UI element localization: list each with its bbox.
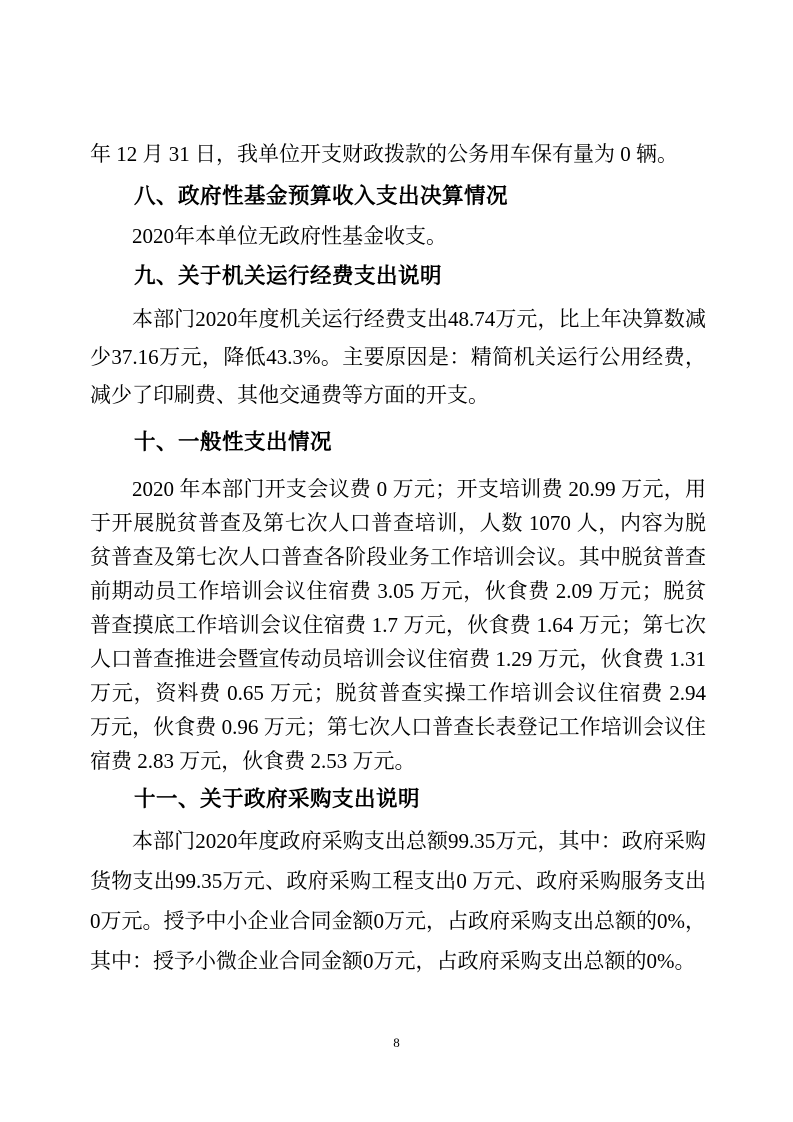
section-heading-11: 十一、关于政府采购支出说明 (90, 785, 706, 813)
section-body-10: 2020 年本部门开支会议费 0 万元；开支培训费 20.99 万元，用于开展脱… (90, 472, 706, 778)
document-page: 年 12 月 31 日，我单位开支财政拨款的公务用车保有量为 0 辆。 八、政府… (0, 0, 793, 1122)
section-heading-9: 九、关于机关运行经费支出说明 (90, 262, 706, 290)
section-body-9: 本部门2020年度机关运行经费支出48.74万元，比上年决算数减少37.16万元… (90, 300, 706, 414)
page-number: 8 (0, 1033, 793, 1053)
section-body-8: 2020年本单位无政府性基金收支。 (90, 222, 706, 250)
section-heading-10: 十、一般性支出情况 (90, 428, 706, 456)
paragraph-continuation: 年 12 月 31 日，我单位开支财政拨款的公务用车保有量为 0 辆。 (90, 140, 706, 168)
page-content: 年 12 月 31 日，我单位开支财政拨款的公务用车保有量为 0 辆。 八、政府… (90, 140, 706, 981)
section-body-11: 本部门2020年度政府采购支出总额99.35万元，其中：政府采购货物支出99.3… (90, 821, 706, 981)
section-heading-8: 八、政府性基金预算收入支出决算情况 (90, 182, 706, 210)
